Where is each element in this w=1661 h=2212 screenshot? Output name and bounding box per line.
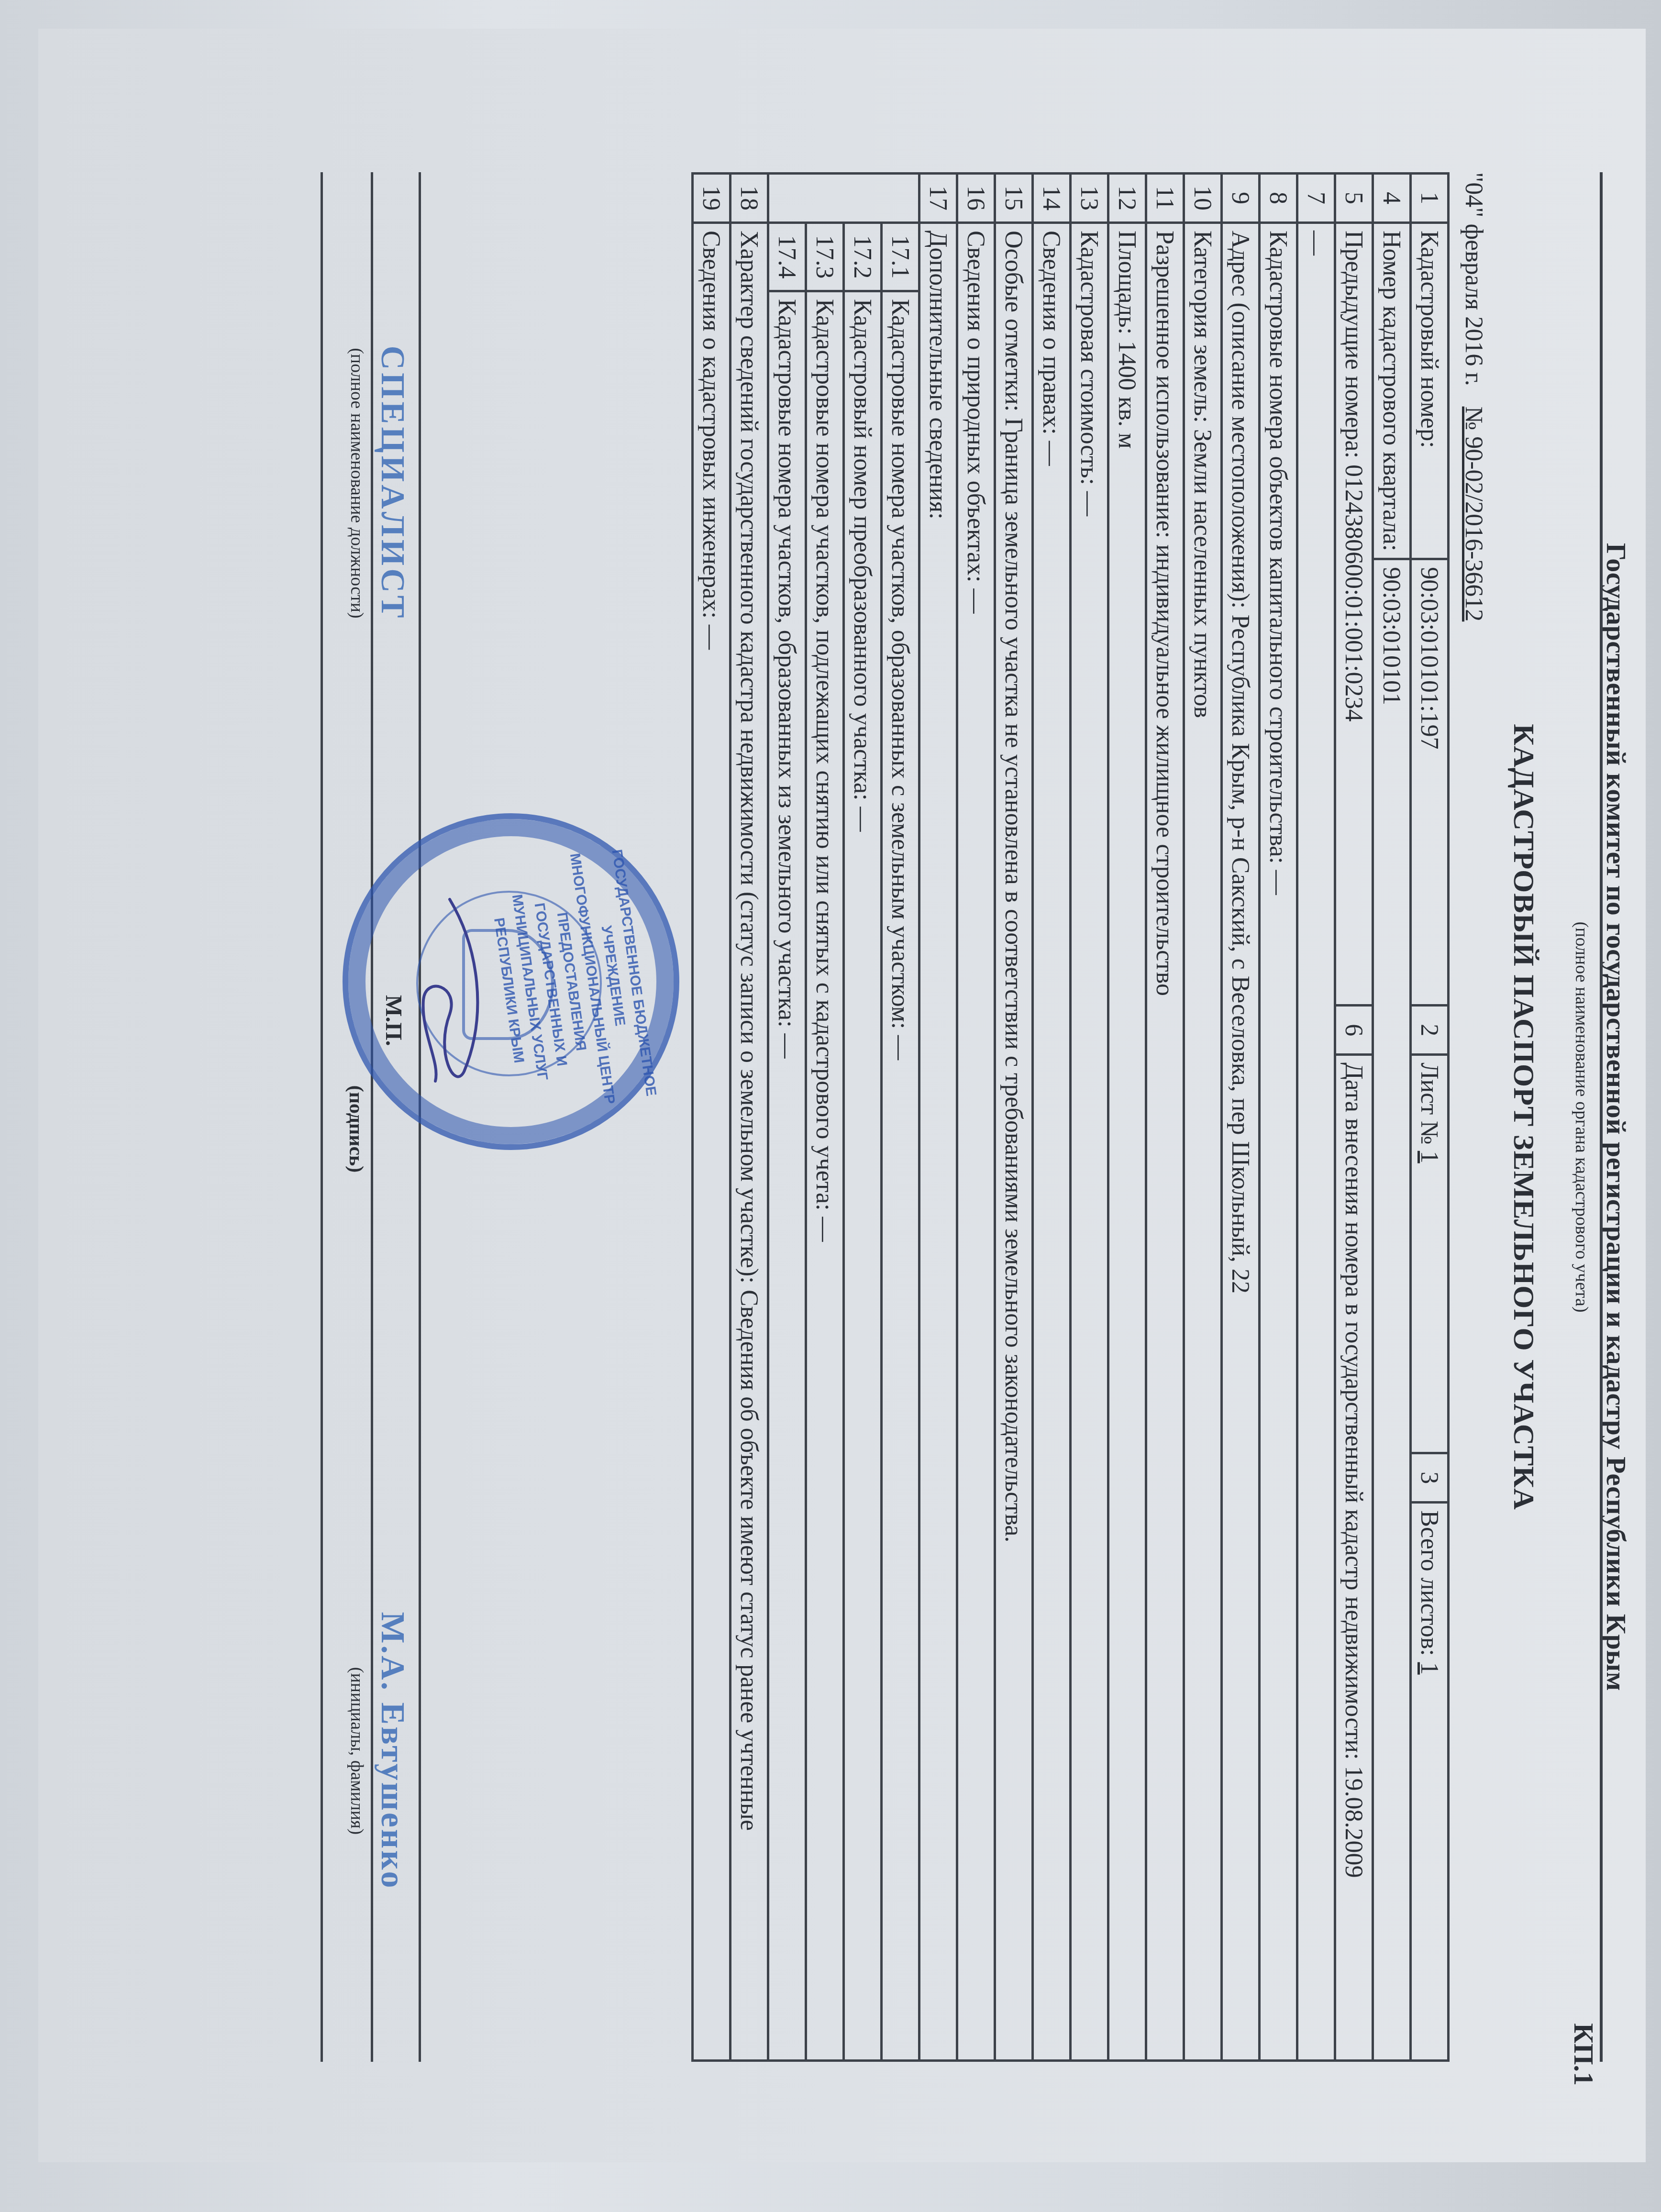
capital-objects: Кадастровые номера объектов капитального… <box>1260 223 1297 2061</box>
handwritten-signature-icon <box>411 890 507 1091</box>
cadastral-value: Кадастровая стоимость: — <box>1071 223 1108 2061</box>
table-row: 16 Сведения о природных объектах: — <box>957 174 995 2061</box>
table-row: 1 Кадастровый номер: 90:03:010101:197 2 … <box>1411 174 1449 2061</box>
position-caption: (полное наименование должности) <box>346 172 367 794</box>
official-position: СПЕЦИАЛИСТ <box>373 172 411 794</box>
organization-caption: (полное наименование органа кадастрового… <box>1571 172 1592 2062</box>
table-row: 15 Особые отметки: Граница земельного уч… <box>995 174 1033 2061</box>
registration-date: Дата внесения номера в государственный к… <box>1335 1055 1373 2061</box>
organization-name: Государственный комитет по государственн… <box>1600 172 1632 2062</box>
row-number: 17 <box>919 174 957 223</box>
row-number: 18 <box>731 174 768 223</box>
date-text: "04" февраля 2016 г. <box>1460 172 1487 386</box>
table-row: 17.1 Кадастровые номера участков, образо… <box>768 174 919 2061</box>
row-number: 15 <box>995 174 1033 223</box>
cadastral-engineers: Сведения о кадастровых инженерах: — <box>693 223 731 2061</box>
row-text: — <box>1297 223 1335 2061</box>
sub-row: 17.1 Кадастровые номера участков, образо… <box>882 224 919 2059</box>
removed-parcels: Кадастровые номера участков, подлежащих … <box>806 291 844 2060</box>
row-number: 16 <box>957 174 995 223</box>
document-number: № 90-02/2016-36612 <box>1460 407 1487 622</box>
row-number: 12 <box>1108 174 1146 223</box>
row-number: 9 <box>1222 174 1260 223</box>
row-number: 1 <box>1411 174 1449 223</box>
special-notes: Особые отметки: Граница земельного участ… <box>995 223 1033 2061</box>
row-number: 14 <box>1033 174 1071 223</box>
cadastral-number: 90:03:010101:197 <box>1411 559 1449 1006</box>
document-page: Государственный комитет по государственн… <box>38 29 1646 2162</box>
passport-table: 1 Кадастровый номер: 90:03:010101:197 2 … <box>691 172 1450 2062</box>
table-row: 10 Категория земель: Земли населенных пу… <box>1184 174 1222 2061</box>
formed-from-parcels: Кадастровые номера участков, образованны… <box>769 291 806 2060</box>
rights-info: Сведения о правах: — <box>1033 223 1071 2061</box>
row-number: 5 <box>1335 174 1373 223</box>
row-number: 17.3 <box>806 224 844 291</box>
row-number: 11 <box>1146 174 1184 223</box>
natural-objects: Сведения о природных объектах: — <box>957 223 995 2061</box>
record-status: Характер сведений государственного кадас… <box>731 223 768 2061</box>
table-row: 8 Кадастровые номера объектов капитально… <box>1260 174 1297 2061</box>
transformed-parcel: Кадастровый номер преобразованного участ… <box>844 291 882 2060</box>
table-row: 9 Адрес (описание местоположения): Респу… <box>1222 174 1260 2061</box>
previous-numbers: Предыдущие номера: 0124380600:01:001:023… <box>1335 223 1373 1006</box>
land-category: Категория земель: Земли населенных пункт… <box>1184 223 1222 2061</box>
area: Площадь: 1400 кв. м <box>1108 223 1146 2061</box>
sub-row: 17.4 Кадастровые номера участков, образо… <box>769 224 806 2059</box>
total-sheets: Всего листов: 1 <box>1411 1503 1449 2061</box>
row-number: 17.1 <box>882 224 919 291</box>
document-date: "04" февраля 2016 г. № 90-02/2016-36612 <box>1460 172 1488 621</box>
permitted-use: Разрешенное использование: индивидуально… <box>1146 223 1184 2061</box>
table-row: 5 Предыдущие номера: 0124380600:01:001:0… <box>1335 174 1373 2061</box>
table-row: 14 Сведения о правах: — <box>1033 174 1071 2061</box>
row-number: 19 <box>693 174 731 223</box>
address: Адрес (описание местоположения): Республ… <box>1222 223 1260 2061</box>
table-row: 13 Кадастровая стоимость: — <box>1071 174 1108 2061</box>
document-title: КАДАСТРОВЫЙ ПАСПОРТ ЗЕМЕЛЬНОГО УЧАСТКА <box>1506 172 1540 2062</box>
row-number: 7 <box>1297 174 1335 223</box>
table-row: 19 Сведения о кадастровых инженерах: — <box>693 174 731 2061</box>
name-caption: (инициалы, фамилия) <box>346 1536 367 1966</box>
row-number: 17.4 <box>769 224 806 291</box>
row-number: 10 <box>1184 174 1222 223</box>
official-name: М.А. Евтушенко <box>373 1536 411 1966</box>
additional-info: Дополнительные сведения: <box>919 223 957 2061</box>
formed-with-parcels: Кадастровые номера участков, образованны… <box>882 291 919 2060</box>
sub-row: 17.2 Кадастровый номер преобразованного … <box>844 224 882 2059</box>
table-row: 12 Площадь: 1400 кв. м <box>1108 174 1146 2061</box>
row-number: 2 <box>1411 1006 1449 1055</box>
table-row: 17 Дополнительные сведения: <box>919 174 957 2061</box>
table-row: 7 — <box>1297 174 1335 2061</box>
row-number: 6 <box>1335 1006 1373 1055</box>
row-number: 3 <box>1411 1453 1449 1503</box>
sheet-number: Лист № 1 <box>1411 1055 1449 1453</box>
row-number: 13 <box>1071 174 1108 223</box>
table-row: 18 Характер сведений государственного ка… <box>731 174 768 2061</box>
organization-underline <box>1600 172 1603 2062</box>
table-row: 11 Разрешенное использование: индивидуал… <box>1146 174 1184 2061</box>
sub-row: 17.3 Кадастровые номера участков, подлеж… <box>806 224 844 2059</box>
row-number: 17.2 <box>844 224 882 291</box>
row-label: Кадастровый номер: <box>1411 223 1449 559</box>
signature-block: СПЕЦИАЛИСТ (полное наименование должност… <box>287 172 421 2062</box>
row-label: Номер кадастрового квартала: <box>1373 223 1411 559</box>
row-number: 8 <box>1260 174 1297 223</box>
cadastral-quarter: 90:03:010101 <box>1373 559 1411 2061</box>
row-number: 4 <box>1373 174 1411 223</box>
official-seal-icon: ГОСУДАРСТВЕННОЕ БЮДЖЕТНОЕ УЧРЕЖДЕНИЕ МНО… <box>343 813 679 1150</box>
table-row: 4 Номер кадастрового квартала: 90:03:010… <box>1373 174 1411 2061</box>
